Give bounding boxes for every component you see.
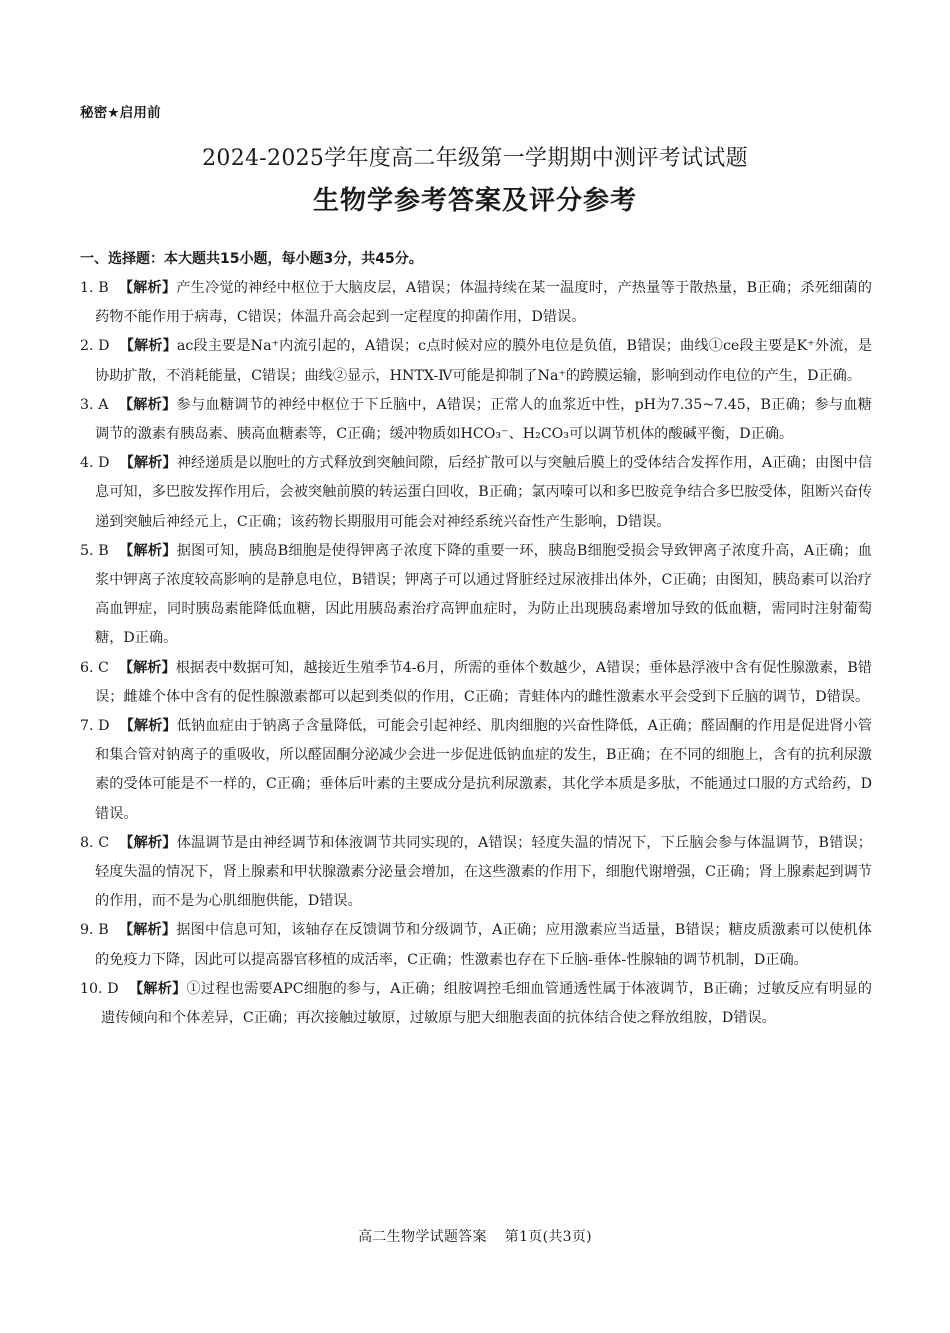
answer-number: 9. B bbox=[80, 922, 109, 938]
analysis-tag: 【解析】 bbox=[120, 718, 177, 734]
analysis-tag: 【解析】 bbox=[119, 660, 176, 676]
answer-item: 7. D【解析】低钠血症由于钠离子含量降低，可能会引起神经、肌肉细胞的兴奋性降低… bbox=[80, 712, 872, 829]
analysis-tag: 【解析】 bbox=[119, 397, 177, 413]
section-heading: 一、选择题：本大题共15小题，每小题3分，共45分。 bbox=[80, 248, 423, 268]
answer-item: 9. B【解析】据图中信息可知，该轴存在反馈调节和分级调节，A正确；应用激素应当… bbox=[80, 916, 872, 974]
analysis-tag: 【解析】 bbox=[129, 981, 187, 997]
answer-item: 6. C【解析】根据表中数据可知，越接近生殖季节4-6月，所需的垂体个数越少，A… bbox=[80, 654, 872, 712]
answer-explanation: ①过程也需要APC细胞的参与，A正确；组胺调控毛细血管通透性属于体液调节，B正确… bbox=[101, 981, 872, 1026]
analysis-tag: 【解析】 bbox=[120, 338, 177, 354]
answer-item: 10. D【解析】①过程也需要APC细胞的参与，A正确；组胺调控毛细血管通透性属… bbox=[80, 975, 872, 1033]
answer-item: 3. A【解析】参与血糖调节的神经中枢位于下丘脑中，A错误；正常人的血浆近中性，… bbox=[80, 391, 872, 449]
answer-number: 3. A bbox=[80, 397, 109, 413]
answer-item: 5. B【解析】据图可知，胰岛B细胞是使得钾离子浓度下降的重要一环，胰岛B细胞受… bbox=[80, 537, 872, 654]
analysis-tag: 【解析】 bbox=[120, 455, 177, 471]
answer-explanation: 产生冷觉的神经中枢位于大脑皮层，A错误；体温持续在某一温度时，产热量等于散热量，… bbox=[95, 280, 872, 325]
answer-explanation: ac段主要是Na⁺内流引起的，A错误；c点时候对应的膜外电位是负值，B错误；曲线… bbox=[95, 338, 872, 383]
answer-list: 1. B【解析】产生冷觉的神经中枢位于大脑皮层，A错误；体温持续在某一温度时，产… bbox=[80, 274, 872, 1033]
page-number: 第1页(共3页) bbox=[505, 1229, 592, 1245]
answer-explanation: 根据表中数据可知，越接近生殖季节4-6月，所需的垂体个数越少，A错误；垂体悬浮液… bbox=[95, 660, 872, 705]
answer-item: 8. C【解析】体温调节是由神经调节和体液调节共同实现的，A错误；轻度失温的情况… bbox=[80, 829, 872, 917]
answer-explanation: 低钠血症由于钠离子含量降低，可能会引起神经、肌肉细胞的兴奋性降低，A正确；醛固酮… bbox=[95, 718, 872, 822]
analysis-tag: 【解析】 bbox=[119, 835, 177, 851]
answer-explanation: 参与血糖调节的神经中枢位于下丘脑中，A错误；正常人的血浆近中性，pH为7.35~… bbox=[95, 397, 872, 442]
analysis-tag: 【解析】 bbox=[119, 280, 177, 296]
answer-number: 5. B bbox=[80, 543, 109, 559]
answer-number: 4. D bbox=[80, 455, 110, 471]
confidential-mark: 秘密★启用前 bbox=[80, 101, 161, 121]
answer-number: 10. D bbox=[80, 981, 119, 997]
answer-explanation: 体温调节是由神经调节和体液调节共同实现的，A错误；轻度失温的情况下，下丘脑会参与… bbox=[95, 835, 872, 909]
document-subtitle: 生物学参考答案及评分参考 bbox=[0, 180, 950, 217]
answer-explanation: 据图中信息可知，该轴存在反馈调节和分级调节，A正确；应用激素应当适量，B错误；糖… bbox=[95, 922, 872, 967]
footer-doc-name: 高二生物学试题答案 bbox=[358, 1229, 487, 1245]
analysis-tag: 【解析】 bbox=[119, 922, 177, 938]
analysis-tag: 【解析】 bbox=[119, 543, 177, 559]
answer-item: 1. B【解析】产生冷觉的神经中枢位于大脑皮层，A错误；体温持续在某一温度时，产… bbox=[80, 274, 872, 332]
answer-item: 2. D【解析】ac段主要是Na⁺内流引起的，A错误；c点时候对应的膜外电位是负… bbox=[80, 332, 872, 390]
answer-item: 4. D【解析】神经递质是以胞吐的方式释放到突触间隙，后经扩散可以与突触后膜上的… bbox=[80, 449, 872, 537]
answer-number: 1. B bbox=[80, 280, 109, 296]
answer-number: 2. D bbox=[80, 338, 110, 354]
document-page: 秘密★启用前 2024-2025学年度高二年级第一学期期中测评考试试题 生物学参… bbox=[0, 0, 950, 1333]
answer-number: 7. D bbox=[80, 718, 110, 734]
answer-number: 6. C bbox=[80, 660, 109, 676]
page-footer: 高二生物学试题答案第1页(共3页) bbox=[0, 1226, 950, 1246]
answer-explanation: 据图可知，胰岛B细胞是使得钾离子浓度下降的重要一环，胰岛B细胞受损会导致钾离子浓… bbox=[95, 543, 872, 647]
answer-number: 8. C bbox=[80, 835, 109, 851]
exam-title: 2024-2025学年度高二年级第一学期期中测评考试试题 bbox=[0, 141, 950, 172]
answer-explanation: 神经递质是以胞吐的方式释放到突触间隙，后经扩散可以与突触后膜上的受体结合发挥作用… bbox=[95, 455, 872, 529]
